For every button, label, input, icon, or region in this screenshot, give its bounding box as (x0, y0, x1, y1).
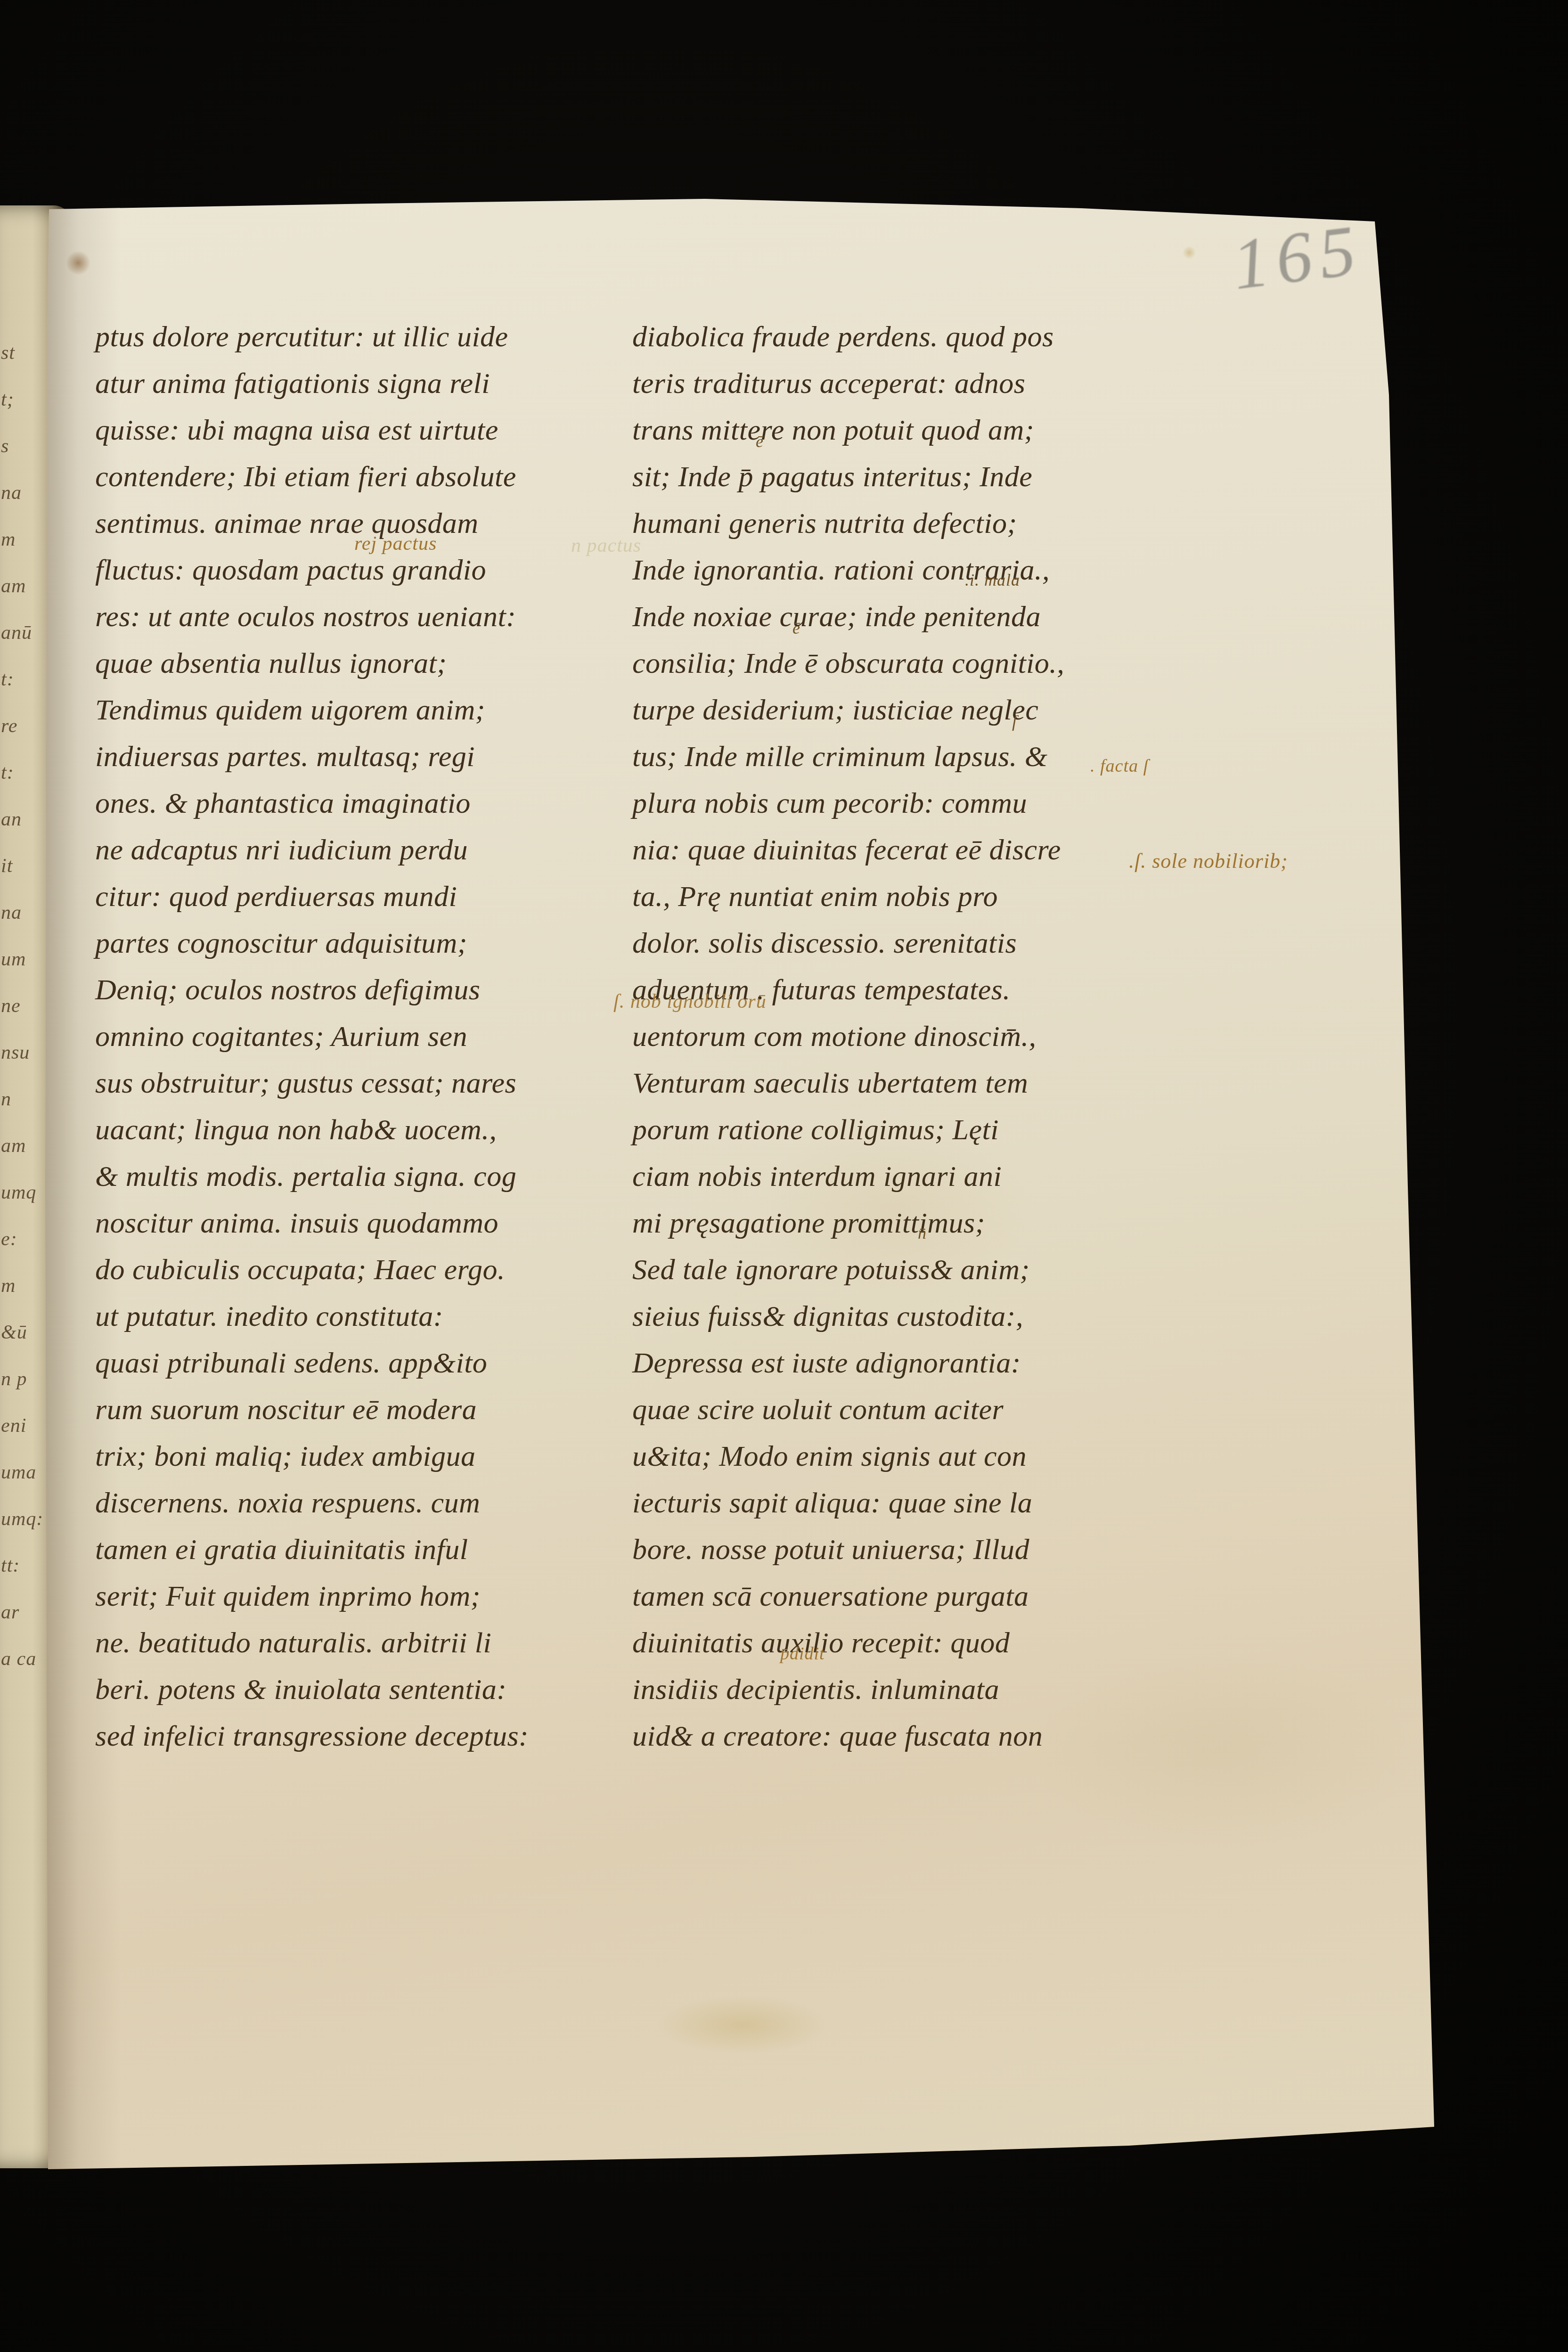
manuscript-line: discernens. noxia respuens. cum (95, 1480, 651, 1527)
manuscript-line: Sed tale ignorare potuiss& anim; (632, 1247, 1188, 1293)
manuscript-line: quae absentia nullus ignorat; (95, 640, 651, 687)
manuscript-line: rum suorum noscitur eē modera (95, 1387, 651, 1433)
interlinear-gloss-pactus-faint: n pactus (571, 534, 641, 557)
manuscript-line: tamen ei gratia diuinitatis inful (95, 1527, 651, 1573)
manuscript-line: quisse: ubi magna uisa est uirtute (95, 407, 651, 454)
manuscript-line: uacant; lingua non hab& uocem., (95, 1107, 651, 1153)
interlinear-gloss-est-2: ē (792, 618, 800, 638)
text-column-right: diabolica fraude perdens. quod posteris … (632, 314, 1188, 1760)
manuscript-line: ut putatur. inedito constituta: (95, 1293, 651, 1340)
manuscript-line: uid& a creatore: quae fuscata non (632, 1713, 1188, 1760)
manuscript-page: 165 ptus dolore percutitur: ut illic uid… (45, 197, 1438, 2174)
manuscript-line: Depressa est iuste adignorantia: (632, 1340, 1188, 1387)
manuscript-line: quasi ptribunali sedens. app&ito (95, 1340, 651, 1387)
manuscript-line: diabolica fraude perdens. quod pos (632, 314, 1188, 360)
manuscript-line: indiuersas partes. multasq; regi (95, 734, 651, 780)
manuscript-line: insidiis decipientis. inluminata (632, 1666, 1188, 1713)
manuscript-line: beri. potens & inuiolata sententia: (95, 1666, 651, 1713)
manuscript-line: trans mittere non potuit quod am; (632, 407, 1188, 454)
manuscript-line: consilia; Inde ē obscurata cognitio., (632, 640, 1188, 687)
interlinear-gloss-id-est-mala: .i. mala (965, 570, 1020, 590)
manuscript-line: dolor. solis discessio. serenitatis (632, 920, 1188, 967)
interlinear-gloss-pactus: rej pactus (354, 532, 437, 555)
manuscript-line: ne adcaptus nri iudicium perdu (95, 827, 651, 874)
interlinear-gloss-perdidit: p̄didit (780, 1643, 825, 1664)
manuscript-line: ones. & phantastica imaginatio (95, 780, 651, 827)
manuscript-line: atur anima fatigationis signa reli (95, 360, 651, 407)
manuscript-line: nia: quae diuinitas fecerat eē discre (632, 827, 1188, 874)
manuscript-line: iecturis sapit aliqua: quae sine la (632, 1480, 1188, 1527)
manuscript-line: omnino cogitantes; Aurium sen (95, 1013, 651, 1060)
manuscript-line: citur: quod perdiuersas mundi (95, 874, 651, 920)
manuscript-line: u&ita; Modo enim signis aut con (632, 1433, 1188, 1480)
manuscript-line: ne. beatitudo naturalis. arbitrii li (95, 1620, 651, 1666)
manuscript-line: uentorum com motione dinoscim̄., (632, 1013, 1188, 1060)
manuscript-line: Tendimus quidem uigorem anim; (95, 687, 651, 734)
manuscript-line: partes cognoscitur adquisitum; (95, 920, 651, 967)
manuscript-line: Inde noxiae curae; inde penitenda (632, 594, 1188, 640)
text-column-left: ptus dolore percutitur: ut illic uideatu… (95, 314, 651, 1760)
interlinear-gloss-facta: . facta ſ (1090, 756, 1149, 776)
manuscript-line: contendere; Ibi etiam fieri absolute (95, 454, 651, 500)
manuscript-line: Inde ignorantia. rationi contraria., (632, 547, 1188, 594)
marginal-gloss-nobis-ignobilioribus: ſ. nob ignobili orū (613, 990, 767, 1013)
manuscript-line: turpe desiderium; iusticiae neglec (632, 687, 1188, 734)
manuscript-line: teris traditurus acceperat: adnos (632, 360, 1188, 407)
manuscript-line: sus obstruitur; gustus cessat; nares (95, 1060, 651, 1107)
manuscript-line: humani generis nutrita defectio; (632, 500, 1188, 547)
manuscript-line: & multis modis. pertalia signa. cog (95, 1153, 651, 1200)
manuscript-line: noscitur anima. insuis quodammo (95, 1200, 651, 1247)
manuscript-line: ciam nobis interdum ignari ani (632, 1153, 1188, 1200)
manuscript-line: serit; Fuit quidem inprimo hom; (95, 1573, 651, 1620)
manuscript-line: bore. nosse potuit uniuersa; Illud (632, 1527, 1188, 1573)
manuscript-line: Venturam saeculis ubertatem tem (632, 1060, 1188, 1107)
manuscript-line: res: ut ante oculos nostros ueniant: (95, 594, 651, 640)
interlinear-gloss-s-mark: ſ (1012, 711, 1017, 731)
manuscript-line: trix; boni maliq; iudex ambigua (95, 1433, 651, 1480)
manuscript-line: porum ratione colligimus; Lęti (632, 1107, 1188, 1153)
manuscript-line: sed infelici transgressione deceptus: (95, 1713, 651, 1760)
manuscript-line: ptus dolore percutitur: ut illic uide (95, 314, 651, 360)
interlinear-gloss-non: n̄ (918, 1223, 927, 1243)
manuscript-line: diuinitatis auxilio recepit: quod (632, 1620, 1188, 1666)
manuscript-line: do cubiculis occupata; Haec ergo. (95, 1247, 651, 1293)
interlinear-gloss-est-1: ē (756, 432, 764, 451)
marginal-gloss-sole-nobilioribus: .ſ. sole nobiliorib; (1129, 849, 1288, 873)
manuscript-line: sit; Inde p̄ pagatus interitus; Inde (632, 454, 1188, 500)
manuscript-line: quae scire uoluit contum aciter (632, 1387, 1188, 1433)
manuscript-line: mi pręsagatione promittimus; (632, 1200, 1188, 1247)
manuscript-line: ta., Prę nuntiat enim nobis pro (632, 874, 1188, 920)
manuscript-line: tamen scā conuersatione purgata (632, 1573, 1188, 1620)
manuscript-line: Deniq; oculos nostros defigimus (95, 967, 651, 1013)
manuscript-line: sieius fuiss& dignitas custodita:, (632, 1293, 1188, 1340)
manuscript-line: plura nobis cum pecorib: commu (632, 780, 1188, 827)
